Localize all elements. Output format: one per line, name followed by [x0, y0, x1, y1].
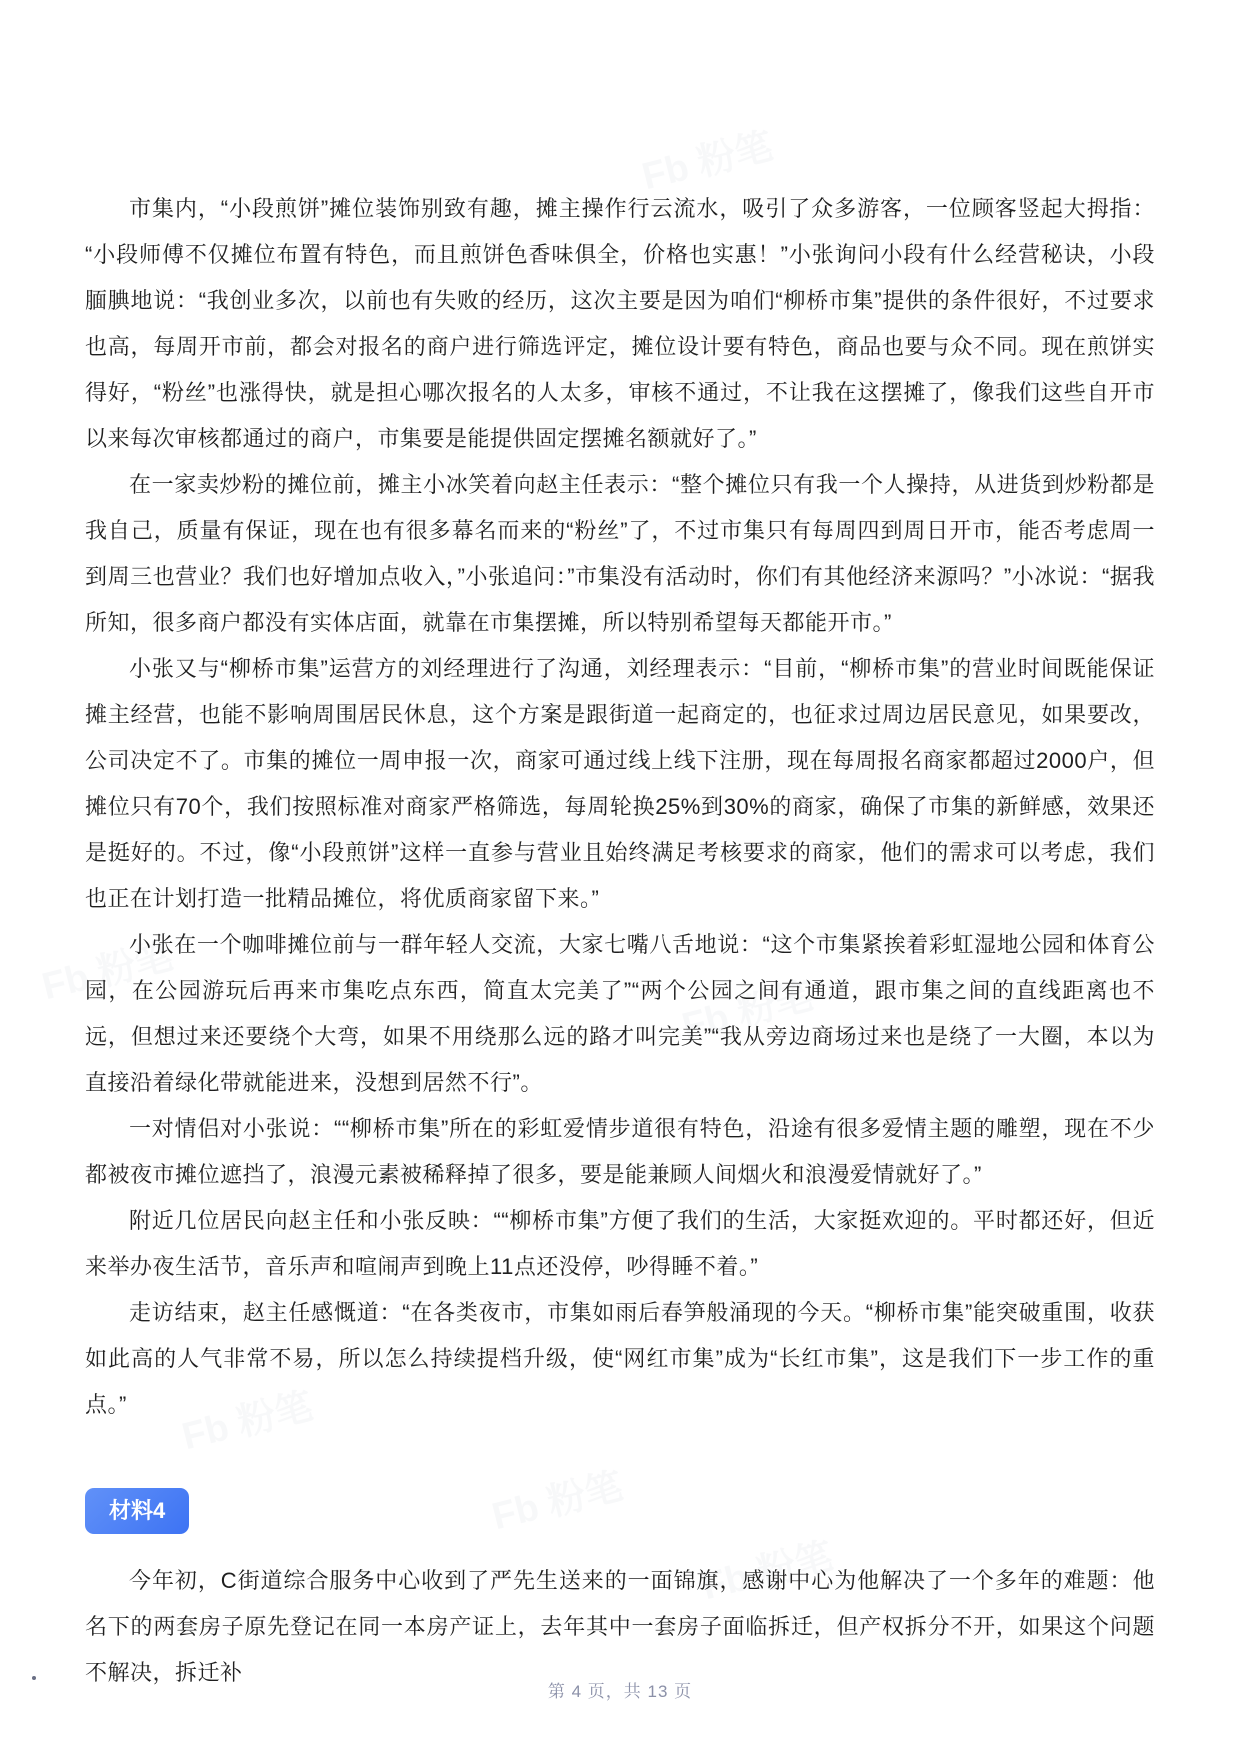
- paragraph-director-zhao-summary: 走访结束，赵主任感慨道：“在各类夜市，市集如雨后春笋般涌现的今天。“柳桥市集”能…: [85, 1290, 1155, 1428]
- material-4-badge: 材料4: [85, 1488, 189, 1534]
- paragraph-couple-comment: 一对情侣对小张说：““柳桥市集”所在的彩虹爱情步道很有特色，沿途有很多爱情主题的…: [85, 1106, 1155, 1198]
- page-number-indicator: 第 4 页，共 13 页: [548, 1682, 692, 1701]
- paragraph-market-duan-pancake: 市集内，“小段煎饼”摊位装饰别致有趣，摊主操作行云流水，吸引了众多游客，一位顾客…: [85, 186, 1155, 462]
- paragraph-residents-feedback: 附近几位居民向赵主任和小张反映：““柳桥市集”方便了我们的生活，大家挺欢迎的。平…: [85, 1198, 1155, 1290]
- paragraph-coffee-stall-youth: 小张在一个咖啡摊位前与一群年轻人交流，大家七嘴八舌地说：“这个市集紧挨着彩虹湿地…: [85, 922, 1155, 1106]
- paragraph-fried-noodle-stall: 在一家卖炒粉的摊位前，摊主小冰笑着向赵主任表示：“整个摊位只有我一个人操持，从进…: [85, 462, 1155, 646]
- document-page: Fb 粉笔 Fb 粉笔 Fb 粉笔 Fb 粉笔 Fb 粉笔 Fb 粉笔 市集内，…: [0, 0, 1240, 1754]
- paragraph-manager-liu-interview: 小张又与“柳桥市集”运营方的刘经理进行了沟通，刘经理表示：“目前，“柳桥市集”的…: [85, 646, 1155, 922]
- paragraph-street-service-center: 今年初，C街道综合服务中心收到了严先生送来的一面锦旗，感谢中心为他解决了一个多年…: [85, 1558, 1155, 1696]
- page-footer: 第 4 页，共 13 页: [0, 1677, 1240, 1702]
- document-body: 市集内，“小段煎饼”摊位装饰别致有趣，摊主操作行云流水，吸引了众多游客，一位顾客…: [85, 186, 1155, 1696]
- material-4-badge-label: 材料4: [109, 1498, 165, 1523]
